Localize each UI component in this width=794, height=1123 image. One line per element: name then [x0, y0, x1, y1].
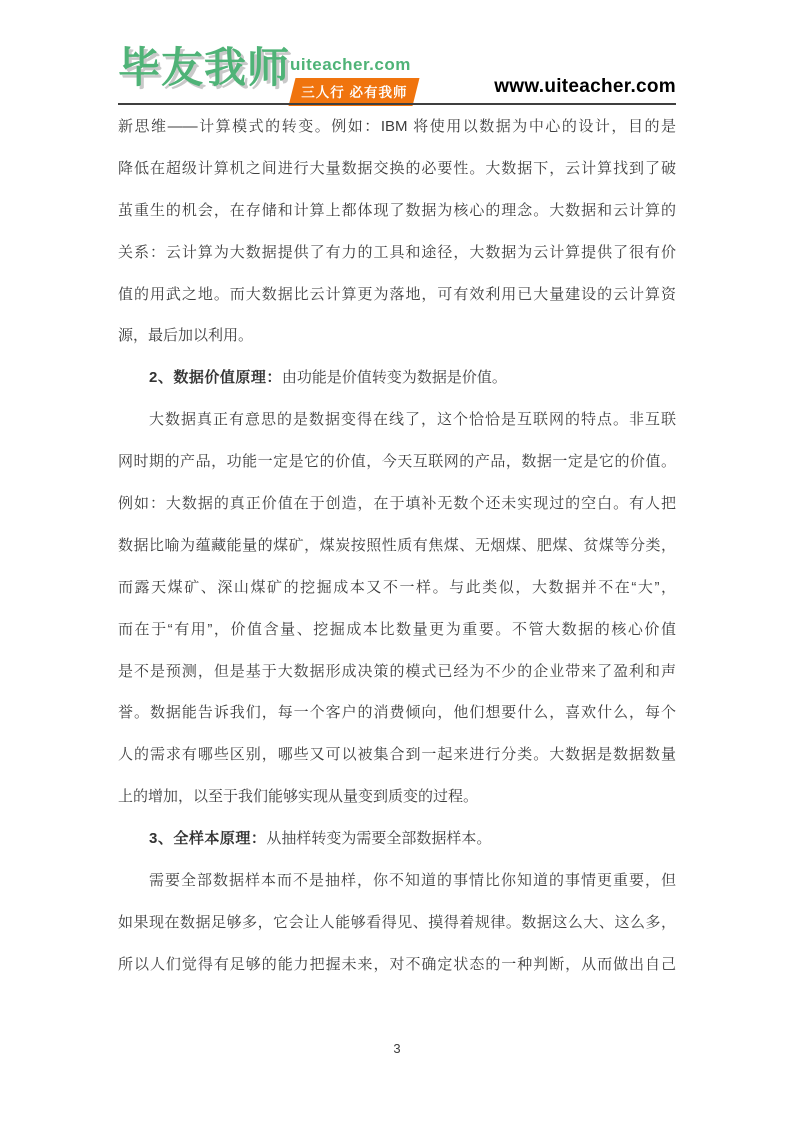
- body-line: 值的用武之地。而大数据比云计算更为落地，可有效利用已大量建设的云计算资: [118, 274, 676, 316]
- body-line: 茧重生的机会，在存储和计算上都体现了数据为核心的理念。大数据和云计算的: [118, 190, 676, 232]
- body-line: 数据比喻为蕴藏能量的煤矿，煤炭按照性质有焦煤、无烟煤、肥煤、贫煤等分类，: [118, 525, 676, 567]
- body-line: 降低在超级计算机之间进行大量数据交换的必要性。大数据下，云计算找到了破: [118, 148, 676, 190]
- page-header: 毕友我师 uiteacher.com 三人行 必有我师 www.uiteache…: [0, 0, 794, 106]
- page-number: 3: [393, 1041, 400, 1056]
- body-line: 大数据真正有意思的是数据变得在线了，这个恰恰是互联网的特点。非互联: [118, 399, 676, 441]
- body-line: 誉。数据能告诉我们，每一个客户的消费倾向，他们想要什么，喜欢什么，每个: [118, 692, 676, 734]
- heading-bold-text: 2、数据价值原理：: [149, 369, 282, 386]
- document-page: 毕友我师 uiteacher.com 三人行 必有我师 www.uiteache…: [0, 0, 794, 1123]
- body-line: 是不是预测，但是基于大数据形成决策的模式已经为不少的企业带来了盈利和声: [118, 651, 676, 693]
- body-line: 新思维——计算模式的转变。例如：IBM 将使用以数据为中心的设计，目的是: [118, 106, 676, 148]
- body-line: 所以人们觉得有足够的能力把握未来，对不确定状态的一种判断，从而做出自己: [118, 944, 676, 986]
- body-line: 源，最后加以利用。: [118, 315, 676, 357]
- body-line: 网时期的产品，功能一定是它的价值，今天互联网的产品，数据一定是它的价值。: [118, 441, 676, 483]
- body-line: 上的增加，以至于我们能够实现从量变到质变的过程。: [118, 776, 676, 818]
- body-line: 关系：云计算为大数据提供了有力的工具和途径，大数据为云计算提供了很有价: [118, 232, 676, 274]
- body-line: 例如：大数据的真正价值在于创造，在于填补无数个还未实现过的空白。有人把: [118, 483, 676, 525]
- heading-line: 2、数据价值原理：由功能是价值转变为数据是价值。: [118, 357, 676, 399]
- body-line: 人的需求有哪些区别，哪些又可以被集合到一起来进行分类。大数据是数据数量: [118, 734, 676, 776]
- page-footer: 3: [0, 1040, 794, 1058]
- brand-logo-right: uiteacher.com 三人行 必有我师: [290, 55, 420, 106]
- body-line: 如果现在数据足够多，它会让人能够看得见、摸得着规律。数据这么大、这么多，: [118, 902, 676, 944]
- heading-rest-text: 从抽样转变为需要全部数据样本。: [266, 830, 491, 847]
- brand-slogan-ribbon: 三人行 必有我师: [289, 78, 420, 106]
- header-divider: [118, 103, 676, 105]
- document-body: 新思维——计算模式的转变。例如：IBM 将使用以数据为中心的设计，目的是降低在超…: [118, 106, 676, 986]
- brand-domain-text: uiteacher.com: [290, 55, 420, 74]
- brand-slogan-text: 三人行 必有我师: [301, 81, 407, 101]
- body-line: 而在于“有用”，价值含量、挖掘成本比数量更为重要。不管大数据的核心价值: [118, 609, 676, 651]
- heading-bold-text: 3、全样本原理：: [149, 830, 266, 847]
- body-line: 而露天煤矿、深山煤矿的挖掘成本又不一样。与此类似，大数据并不在“大”，: [118, 567, 676, 609]
- heading-line: 3、全样本原理：从抽样转变为需要全部数据样本。: [118, 818, 676, 860]
- body-line: 需要全部数据样本而不是抽样，你不知道的事情比你知道的事情更重要，但: [118, 860, 676, 902]
- website-url-text: www.uiteacher.com: [494, 76, 676, 98]
- brand-logo-text: 毕友我师: [118, 47, 290, 89]
- heading-rest-text: 由功能是价值转变为数据是价值。: [282, 369, 507, 386]
